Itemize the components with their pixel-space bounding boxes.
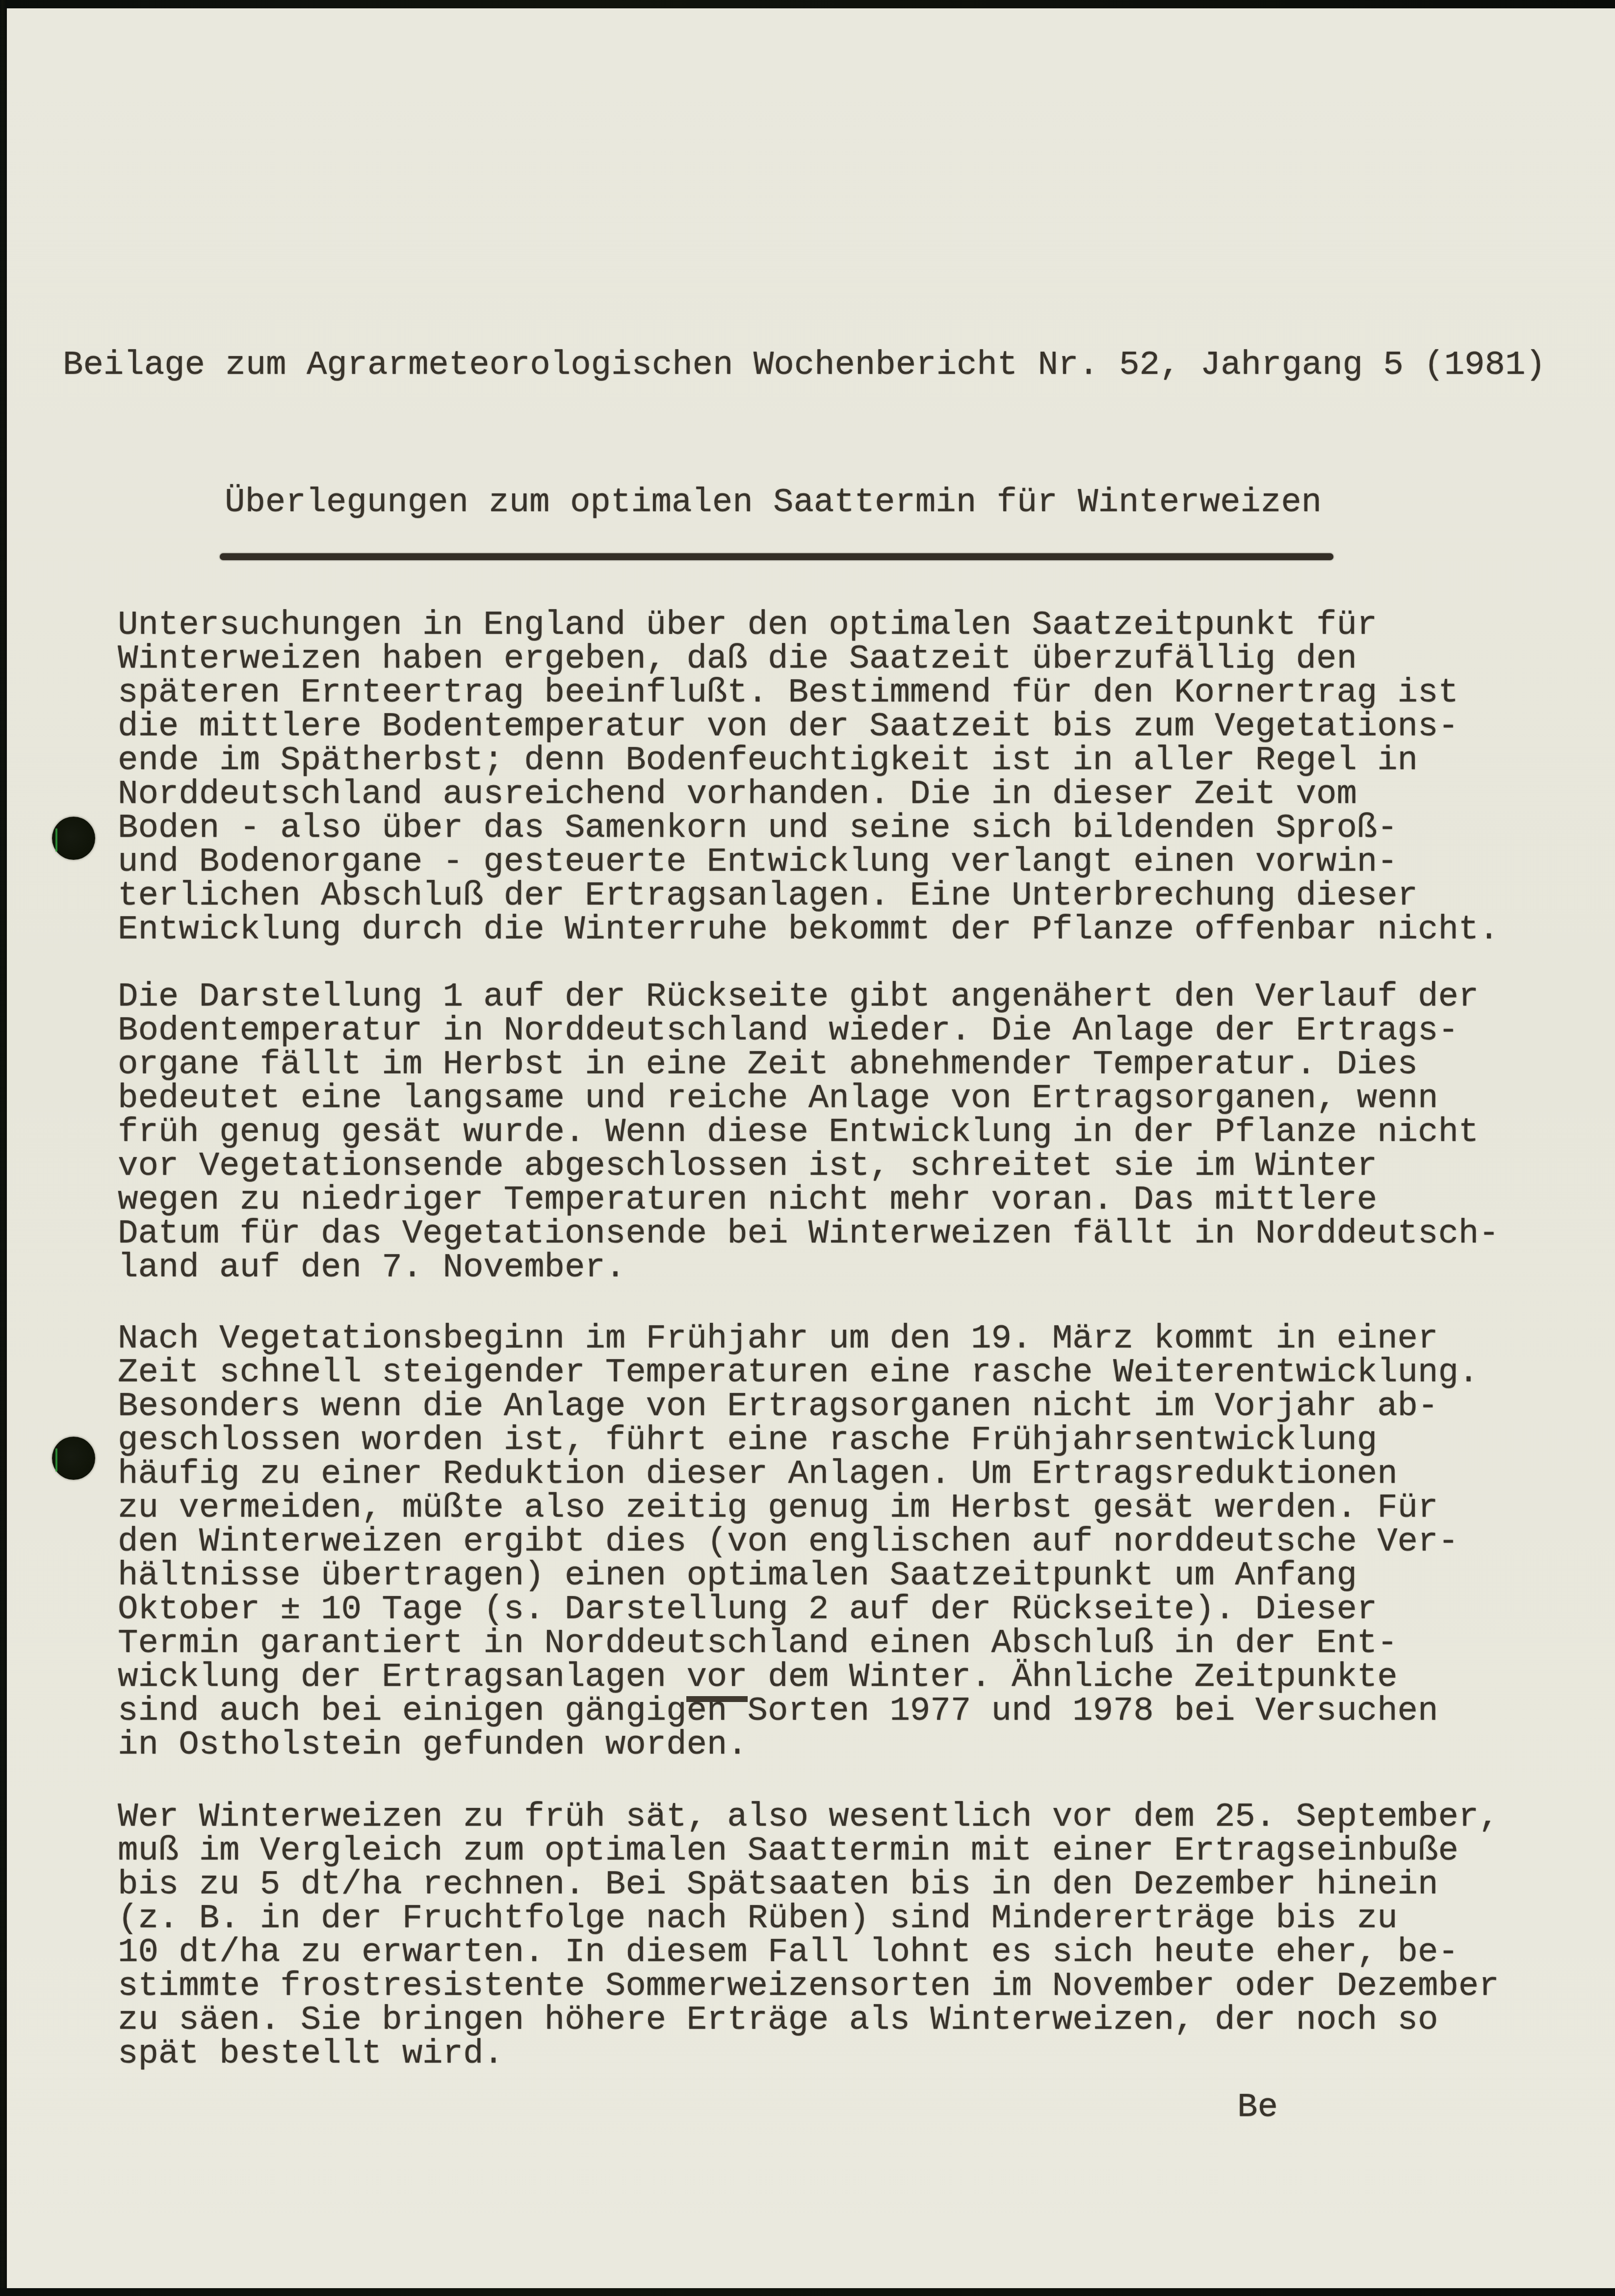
- scan-border-top: [0, 0, 1615, 8]
- scanner-artifact-line: [55, 828, 57, 851]
- signature-initials: Be: [1237, 2090, 1278, 2124]
- paragraph-soil-temperature: Die Darstellung 1 auf der Rückseite gibt…: [118, 980, 1499, 1285]
- paragraph-sowing-studies: Untersuchungen in England über den optim…: [118, 608, 1499, 947]
- scanned-typewritten-page: Beilage zum Agrarmeteorologischen Wochen…: [0, 0, 1615, 2296]
- scanner-artifact-line: [55, 1448, 57, 1471]
- scan-border-bottom: [0, 2288, 1615, 2296]
- title-underline-rule: [220, 553, 1333, 560]
- scan-border-left: [0, 0, 7, 2296]
- hole-punch-top: [52, 817, 95, 860]
- paragraph-3-text-before: Nach Vegetationsbeginn im Frühjahr um de…: [118, 1319, 1479, 1696]
- paragraph-yield-loss: Wer Winterweizen zu früh sät, also wesen…: [118, 1800, 1499, 2071]
- paragraph-spring-development: Nach Vegetationsbeginn im Frühjahr um de…: [118, 1322, 1479, 1762]
- document-title: Überlegungen zum optimalen Saattermin fü…: [225, 486, 1322, 519]
- document-header: Beilage zum Agrarmeteorologischen Wochen…: [63, 348, 1546, 382]
- hole-punch-bottom: [52, 1437, 95, 1480]
